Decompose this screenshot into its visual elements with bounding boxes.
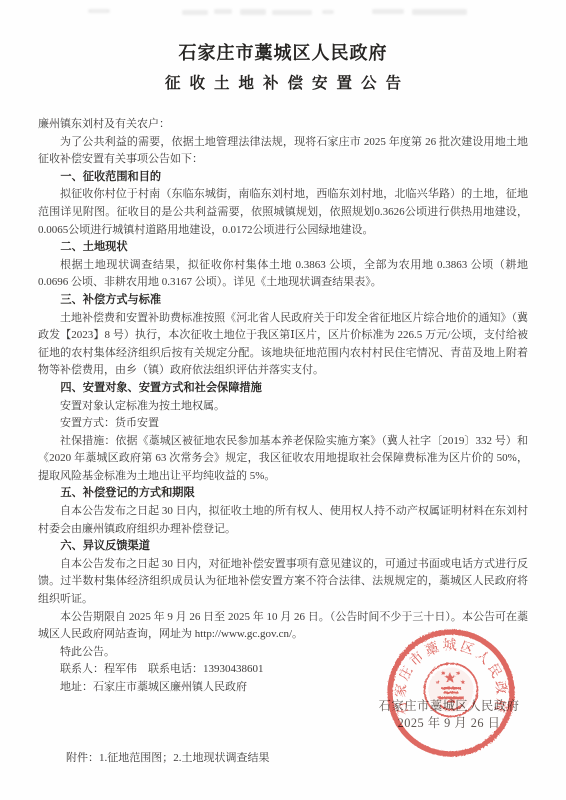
document-body: 廉州镇东刘村及有关农户： 为了公共利益的需要，依据土地管理法律法规，现将石家庄市…: [38, 116, 528, 697]
section-5-paragraph: 自本公告发布之日起 30 日内，拟征收土地的所有权人、使用权人持不动产权属证明材…: [38, 503, 528, 538]
scan-smudge: [372, 9, 404, 14]
scan-smudge: [88, 9, 110, 13]
scan-smudge: [272, 10, 312, 15]
section-6-paragraph: 自本公告发布之日起 30 日内，对征地补偿安置事项有意见建议的，可通过书面或电话…: [38, 556, 528, 609]
section-5-heading: 五、补偿登记的方式和期限: [38, 485, 528, 503]
section-2-paragraph: 根据土地现状调查结果，拟征收你村集体土地 0.3863 公顷，全部为农用地 0.…: [38, 257, 528, 292]
section-3-paragraph: 土地补偿费和安置补助费标准按照《河北省人民政府关于印发全省征地区片综合地价的通知…: [38, 310, 528, 380]
scan-smudge: [322, 10, 334, 14]
scan-smudge: [182, 10, 208, 15]
scan-smudge: [240, 9, 266, 15]
scan-smudge: [214, 9, 232, 14]
official-seal: 石家庄市藁城区人民政府: [383, 626, 519, 762]
section-4-paragraph: 安置对象认定标准为按土地权属。: [38, 398, 528, 416]
attachment-note: 附件：1.征地范围图；2.土地现状调查结果: [66, 749, 270, 765]
announcement-document: 石家庄市藁城区人民政府 征收土地补偿安置公告 廉州镇东刘村及有关农户： 为了公共…: [0, 0, 566, 800]
section-4-paragraph: 安置方式：货币安置: [38, 415, 528, 433]
salutation: 廉州镇东刘村及有关农户：: [38, 116, 528, 134]
section-2-heading: 二、土地现状: [38, 239, 528, 257]
section-1-paragraph: 拟征收你村位于村南（东临东城街，南临东刘村地，西临东刘村地，北临兴华路）的土地，…: [38, 186, 528, 239]
section-3-heading: 三、补偿方式与标准: [38, 292, 528, 310]
section-4-heading: 四、安置对象、安置方式和社会保障措施: [38, 380, 528, 398]
section-1-heading: 一、征收范围和目的: [38, 169, 528, 187]
section-4-paragraph: 社保措施：依据《藁城区被征地农民参加基本养老保险实施方案》（冀人社字〔2019〕…: [38, 433, 528, 486]
section-6-heading: 六、异议反馈渠道: [38, 538, 528, 556]
scan-smudge: [412, 9, 467, 15]
intro-paragraph: 为了公共利益的需要，依据土地管理法律法规，现将石家庄市 2025 年度第 26 …: [38, 134, 528, 169]
national-emblem-icon: [425, 664, 478, 717]
doc-title: 征收土地补偿安置公告: [0, 74, 566, 94]
